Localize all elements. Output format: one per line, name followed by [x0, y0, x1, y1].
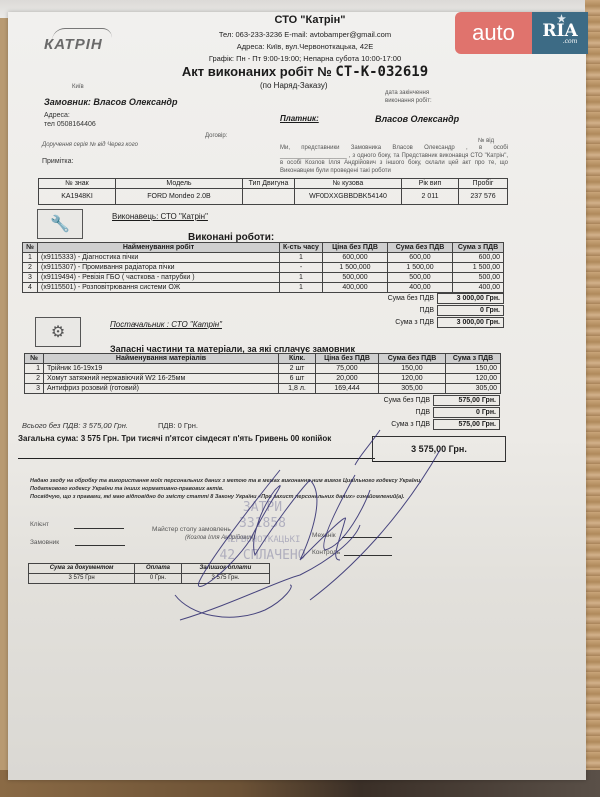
client-signature-line [74, 528, 124, 529]
total-value: 0 Грн. [433, 407, 500, 418]
works-total-row: Сума без ПДВ3 000,00 Грн. [330, 293, 504, 304]
watermark-com: .com [563, 38, 578, 45]
works-header: Найменування робіт [38, 243, 280, 253]
city: Київ [72, 84, 84, 90]
total-vat: ПДВ: 0 Грн. [158, 421, 198, 430]
statement-text: Ми, представники Замовника Власов Олекса… [280, 145, 508, 175]
works-table: № Найменування робіт К-сть часу Ціна без… [22, 242, 504, 293]
cell: 1 [23, 253, 38, 263]
wrench-icon: 🔧 [37, 209, 83, 239]
grand-total-line: Загальна сума: 3 575 Грн. Три тисячі п'я… [18, 434, 373, 444]
cell: Трійник 16-19x19 [44, 364, 279, 374]
cell: 400,00 [388, 283, 453, 293]
cell: 600,00 [453, 253, 504, 263]
vehicle-model: FORD Mondeo 2.0B [116, 189, 243, 205]
works-header: № [23, 243, 38, 253]
works-row: 3 (x9119494) - Ревізія ГБО ( часткова - … [23, 273, 504, 283]
paid-amount: 0 Грн. [135, 574, 182, 584]
cell: 400,000 [323, 283, 388, 293]
engine-type [243, 189, 295, 205]
vehicle-header-row: № знак Модель Тип Двигуна № кузова Рік в… [39, 179, 508, 189]
cell: 1 [280, 253, 323, 263]
customer-signature-line [75, 545, 125, 546]
cell: 169,444 [316, 384, 379, 394]
cell: 1 [280, 273, 323, 283]
company-logo: КАТРІН [44, 36, 103, 53]
power-of-attorney: Доручення серія № від Через кого [42, 142, 138, 148]
cell: 20,000 [316, 374, 379, 384]
act-title-text: Акт виконаних робіт № [182, 64, 332, 79]
vehicle-table: № знак Модель Тип Двигуна № кузова Рік в… [38, 178, 508, 205]
customer-label: Замовник [30, 539, 59, 546]
works-total-row: ПДВ0 Грн. [330, 305, 504, 316]
parts-header-row: № Найменування матеріалів Кілк. Ціна без… [25, 354, 501, 364]
cell: 600,00 [388, 253, 453, 263]
total-label: Сума без ПДВ [384, 397, 430, 404]
total-no-vat: Всього без ПДВ: 3 575,00 Грн. [22, 421, 128, 430]
document-sum: 3 575 Грн [29, 574, 135, 584]
parts-totals: Сума без ПДВ575,00 Грн. ПДВ0 Грн. Сума з… [330, 395, 500, 430]
payer-name: Власов Олександр [375, 114, 459, 124]
vin-number: WF0DXXGBBDBK54140 [295, 189, 402, 205]
cell: 3 [23, 273, 38, 283]
works-header: К-сть часу [280, 243, 323, 253]
vehicle-header: Тип Двигуна [243, 179, 295, 189]
vehicle-header: № кузова [295, 179, 402, 189]
cell: (x9119494) - Ревізія ГБО ( часткова - па… [38, 273, 280, 283]
cell: (x9115307) - Промивання радіатора пічки [38, 263, 280, 273]
payment-header: Оплата [135, 564, 182, 574]
company-stamp: ЗАТРИ 331858 ЧЕРВОНОТКАЦЬКІ 42 СПЛАЧЕНО [215, 500, 310, 580]
total-label: Сума з ПДВ [395, 319, 434, 326]
parts-header: Сума з ПДВ [446, 354, 501, 364]
cell: 3 [25, 384, 44, 394]
total-label: Сума з ПДВ [391, 421, 430, 428]
vehicle-header: Пробіг [459, 179, 508, 189]
contract-label: Договір: [205, 133, 227, 139]
cell: 400,00 [453, 283, 504, 293]
works-header: Сума з ПДВ [453, 243, 504, 253]
parts-total-row: Сума з ПДВ575,00 Грн. [330, 419, 500, 430]
company-name: СТО "Катрін" [190, 14, 430, 26]
completion-date-label: дата закінчення виконання робіт: [385, 89, 447, 105]
works-total-row: Сума з ПДВ3 000,00 Грн. [330, 317, 504, 328]
parts-header: Ціна без ПДВ [316, 354, 379, 364]
divider [18, 458, 375, 459]
vehicle-header: Модель [116, 179, 243, 189]
total-value: 575,00 Грн. [433, 395, 500, 406]
mechanic-signature-line [342, 537, 392, 538]
vehicle-header: № знак [39, 179, 116, 189]
works-header: Ціна без ПДВ [323, 243, 388, 253]
customer-name: Замовник: Власов Олександр [44, 97, 177, 107]
cell: 6 шт [279, 374, 316, 384]
act-title: Акт виконаних робіт № СТ-К-032619 [160, 64, 450, 80]
parts-header: Найменування матеріалів [44, 354, 279, 364]
parts-table: № Найменування матеріалів Кілк. Ціна без… [24, 353, 501, 394]
parts-header: Сума без ПДВ [379, 354, 446, 364]
consent-line: Надаю згоду на обробку та використання м… [30, 477, 530, 485]
address-line: Адреса: Київ, вул.Червоноткацька, 42Е [170, 41, 440, 53]
cell: 1 500,00 [453, 263, 504, 273]
cell: 150,00 [446, 364, 501, 374]
star-icon: ★ [557, 14, 566, 25]
cell: 2 шт [279, 364, 316, 374]
works-row: 1 (x9115333) - Діагностика пічки 1 600,0… [23, 253, 504, 263]
vehicle-header: Рік вип [402, 179, 459, 189]
cell: (x9115501) - Розповітрювання системи ОЖ [38, 283, 280, 293]
cell: 1,8 л. [279, 384, 316, 394]
works-header-row: № Найменування робіт К-сть часу Ціна без… [23, 243, 504, 253]
customer-phone: тел 0508164406 [44, 121, 96, 128]
total-label: Сума без ПДВ [388, 295, 434, 302]
cell: 500,000 [323, 273, 388, 283]
year: 2 011 [402, 189, 459, 205]
cell: 2 [25, 374, 44, 384]
stamp-line: 331858 [215, 516, 310, 532]
parts-total-row: ПДВ0 Грн. [330, 407, 500, 418]
mileage: 237 576 [459, 189, 508, 205]
watermark-ria: ★ RIA .com [532, 12, 588, 54]
stamp-line: ЗАТРИ [215, 500, 310, 516]
total-value: 3 000,00 Грн. [437, 293, 504, 304]
cell: 150,00 [379, 364, 446, 374]
control-label: Контроль [312, 549, 340, 556]
cell: 600,000 [323, 253, 388, 263]
parts-row: 1 Трійник 16-19x19 2 шт 75,000 150,00 15… [25, 364, 501, 374]
cell: 75,000 [316, 364, 379, 374]
cell: 1 500,00 [388, 263, 453, 273]
note-label: Примітка: [42, 158, 73, 165]
cell: 305,00 [446, 384, 501, 394]
total-label: ПДВ [416, 409, 430, 416]
cell: - [280, 263, 323, 273]
cell: (x9115333) - Діагностика пічки [38, 253, 280, 263]
customer-address-label: Адреса: [44, 112, 70, 119]
statement-number: № від [478, 138, 494, 144]
parts-header: № [25, 354, 44, 364]
stamp-line: ЧЕРВОНОТКАЦЬКІ [215, 532, 310, 548]
parts-row: 3 Антифриз розовий (готовий) 1,8 л. 169,… [25, 384, 501, 394]
total-value: 575,00 Грн. [433, 419, 500, 430]
cell: 1 500,000 [323, 263, 388, 273]
supplier: Постачальник : СТО "Катрін" [110, 320, 222, 329]
phone-email-line: Тел: 063-233-3236 E-mail: avtobamper@gma… [170, 29, 440, 41]
cell: 1 [25, 364, 44, 374]
consent-line: Податкового кодексу України та інших нор… [30, 485, 530, 493]
works-row: 2 (x9115307) - Промивання радіатора пічк… [23, 263, 504, 273]
payment-header: Сума за документом [29, 564, 135, 574]
performer: Виконавець: СТО "Катрін" [112, 212, 208, 221]
parts-total-row: Сума без ПДВ575,00 Грн. [330, 395, 500, 406]
cell: 120,00 [379, 374, 446, 384]
total-value: 0 Грн. [437, 305, 504, 316]
vehicle-row: KA1948KI FORD Mondeo 2.0B WF0DXXGBBDBK54… [39, 189, 508, 205]
payer-label: Платник: [280, 114, 319, 123]
grand-total-box: 3 575,00 Грн. [372, 436, 506, 462]
stamp-line: 42 СПЛАЧЕНО [215, 548, 310, 564]
works-row: 4 (x9115501) - Розповітрювання системи О… [23, 283, 504, 293]
cell: 305,00 [379, 384, 446, 394]
table-surface [585, 0, 600, 797]
cell: 500,00 [388, 273, 453, 283]
cell: 500,00 [453, 273, 504, 283]
works-totals: Сума без ПДВ3 000,00 Грн. ПДВ0 Грн. Сума… [330, 293, 504, 328]
act-subtitle: (по Наряд-Заказу) [260, 81, 327, 90]
cell: 1 [280, 283, 323, 293]
total-label: ПДВ [420, 307, 434, 314]
client-label: Клієнт [30, 521, 49, 528]
autoria-watermark: auto ★ RIA .com [455, 12, 588, 54]
works-header: Сума без ПДВ [388, 243, 453, 253]
mechanic-label: Механік [312, 532, 336, 539]
control-signature-line [344, 555, 392, 556]
watermark-auto: auto [455, 12, 532, 54]
total-value: 3 000,00 Грн. [437, 317, 504, 328]
cell: 4 [23, 283, 38, 293]
act-number: СТ-К-032619 [335, 64, 428, 80]
cell: 120,00 [446, 374, 501, 384]
parts-icon: ⚙ [35, 317, 81, 347]
parts-header: Кілк. [279, 354, 316, 364]
parts-row: 2 Хомут затяжний нержавіючий W2 16-25мм … [25, 374, 501, 384]
cell: Хомут затяжний нержавіючий W2 16-25мм [44, 374, 279, 384]
company-contacts: Тел: 063-233-3236 E-mail: avtobamper@gma… [170, 29, 440, 65]
consent-text: Надаю згоду на обробку та використання м… [30, 477, 530, 501]
cell: Антифриз розовий (готовий) [44, 384, 279, 394]
plate-number: KA1948KI [39, 189, 116, 205]
cell: 2 [23, 263, 38, 273]
